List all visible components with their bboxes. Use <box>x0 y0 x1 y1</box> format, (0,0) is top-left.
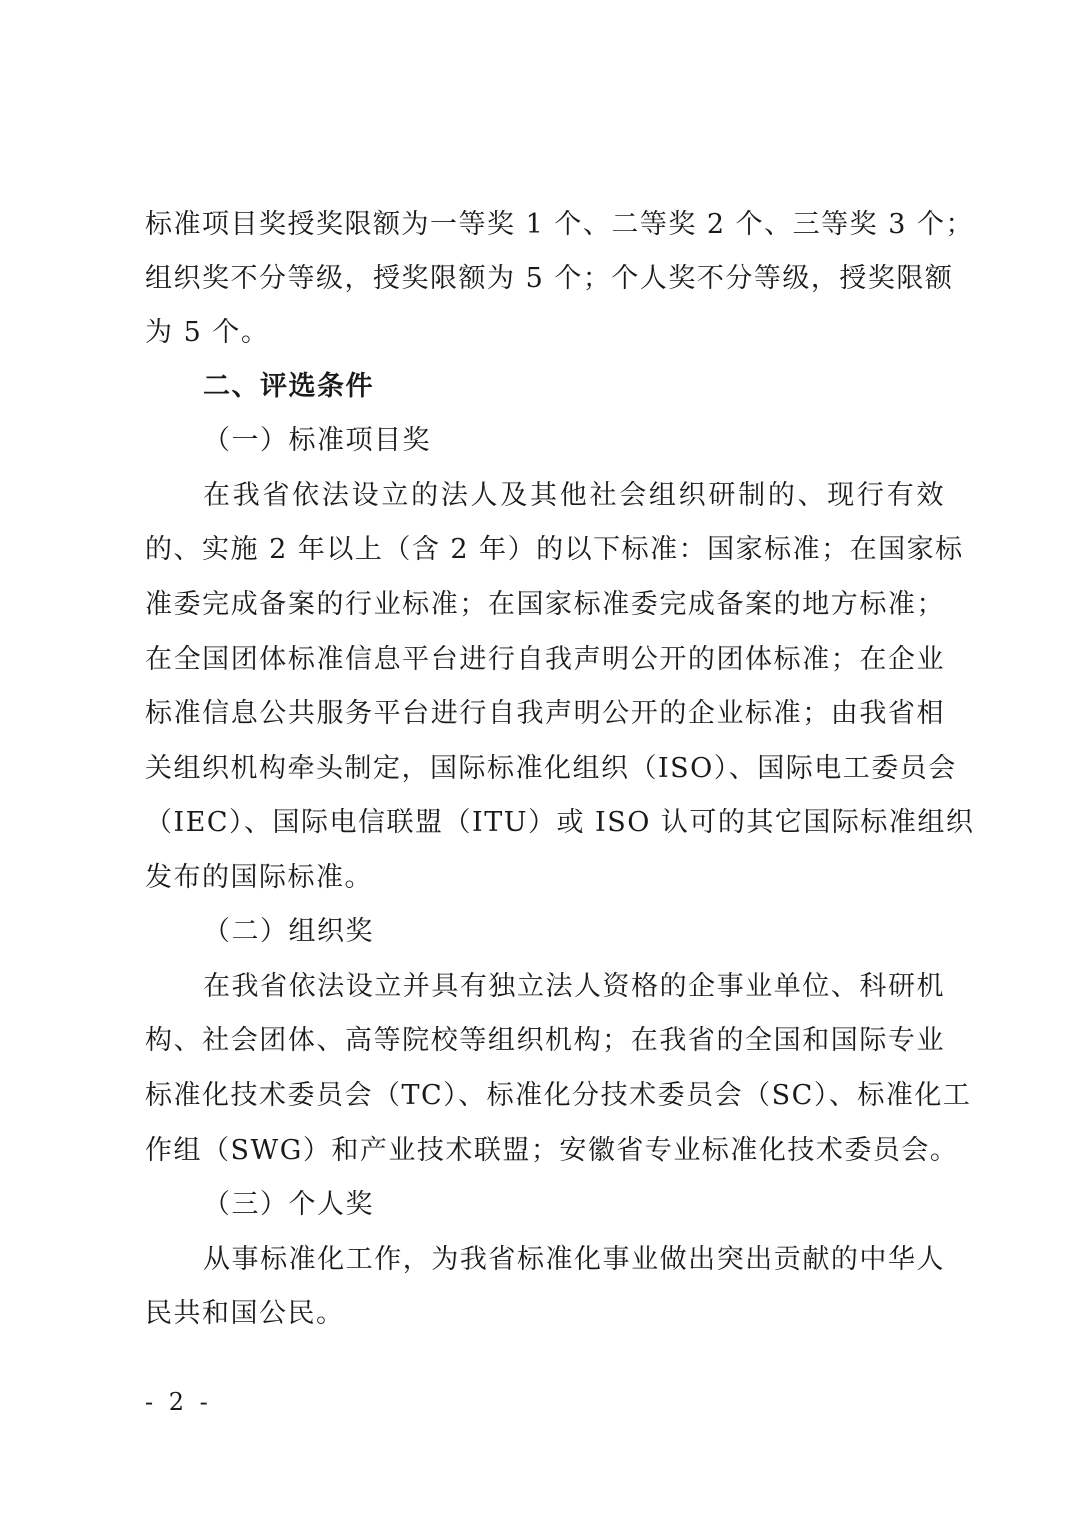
subsection-title: （一）标准项目奖 <box>203 421 1003 461</box>
paragraph-line: 关组织机构牵头制定，国际标准化组织（ISO）、国际电工委员会 <box>145 749 945 789</box>
paragraph-line: 标准化技术委员会（TC）、标准化分技术委员会（SC）、标准化工 <box>145 1076 945 1116</box>
paragraph-line: 的、实施 2 年以上（含 2 年）的以下标准：国家标准；在国家标 <box>145 530 945 570</box>
paragraph-line: 标准信息公共服务平台进行自我声明公开的企业标准；由我省相 <box>145 694 945 734</box>
paragraph-line: 在我省依法设立的法人及其他社会组织研制的、现行有效 <box>203 476 945 516</box>
subsection-title: （二）组织奖 <box>203 912 1003 952</box>
paragraph-line: 在全国团体标准信息平台进行自我声明公开的团体标准；在企业 <box>145 640 945 680</box>
document-page: 标准项目奖授奖限额为一等奖 1 个、二等奖 2 个、三等奖 3 个； 组织奖不分… <box>0 0 1080 1528</box>
paragraph-line: 标准项目奖授奖限额为一等奖 1 个、二等奖 2 个、三等奖 3 个； <box>145 205 945 245</box>
subsection-title: （三）个人奖 <box>203 1185 1003 1225</box>
paragraph-line: 构、社会团体、高等院校等组织机构；在我省的全国和国际专业 <box>145 1021 945 1061</box>
page-number: - 2 - <box>145 1385 212 1419</box>
paragraph-line: 准委完成备案的行业标准；在国家标准委完成备案的地方标准； <box>145 585 945 625</box>
paragraph-line: 为 5 个。 <box>145 313 945 353</box>
paragraph-line: （IEC）、国际电信联盟（ITU）或 ISO 认可的其它国际标准组织 <box>145 803 945 843</box>
paragraph-line: 作组（SWG）和产业技术联盟；安徽省专业标准化技术委员会。 <box>145 1131 945 1171</box>
section-title: 二、评选条件 <box>203 367 945 407</box>
paragraph-line: 在我省依法设立并具有独立法人资格的企事业单位、科研机 <box>203 967 945 1007</box>
paragraph-line: 组织奖不分等级，授奖限额为 5 个；个人奖不分等级，授奖限额 <box>145 259 945 299</box>
paragraph-line: 发布的国际标准。 <box>145 858 945 898</box>
paragraph-line: 从事标准化工作，为我省标准化事业做出突出贡献的中华人 <box>203 1240 945 1280</box>
paragraph-line: 民共和国公民。 <box>145 1294 945 1334</box>
